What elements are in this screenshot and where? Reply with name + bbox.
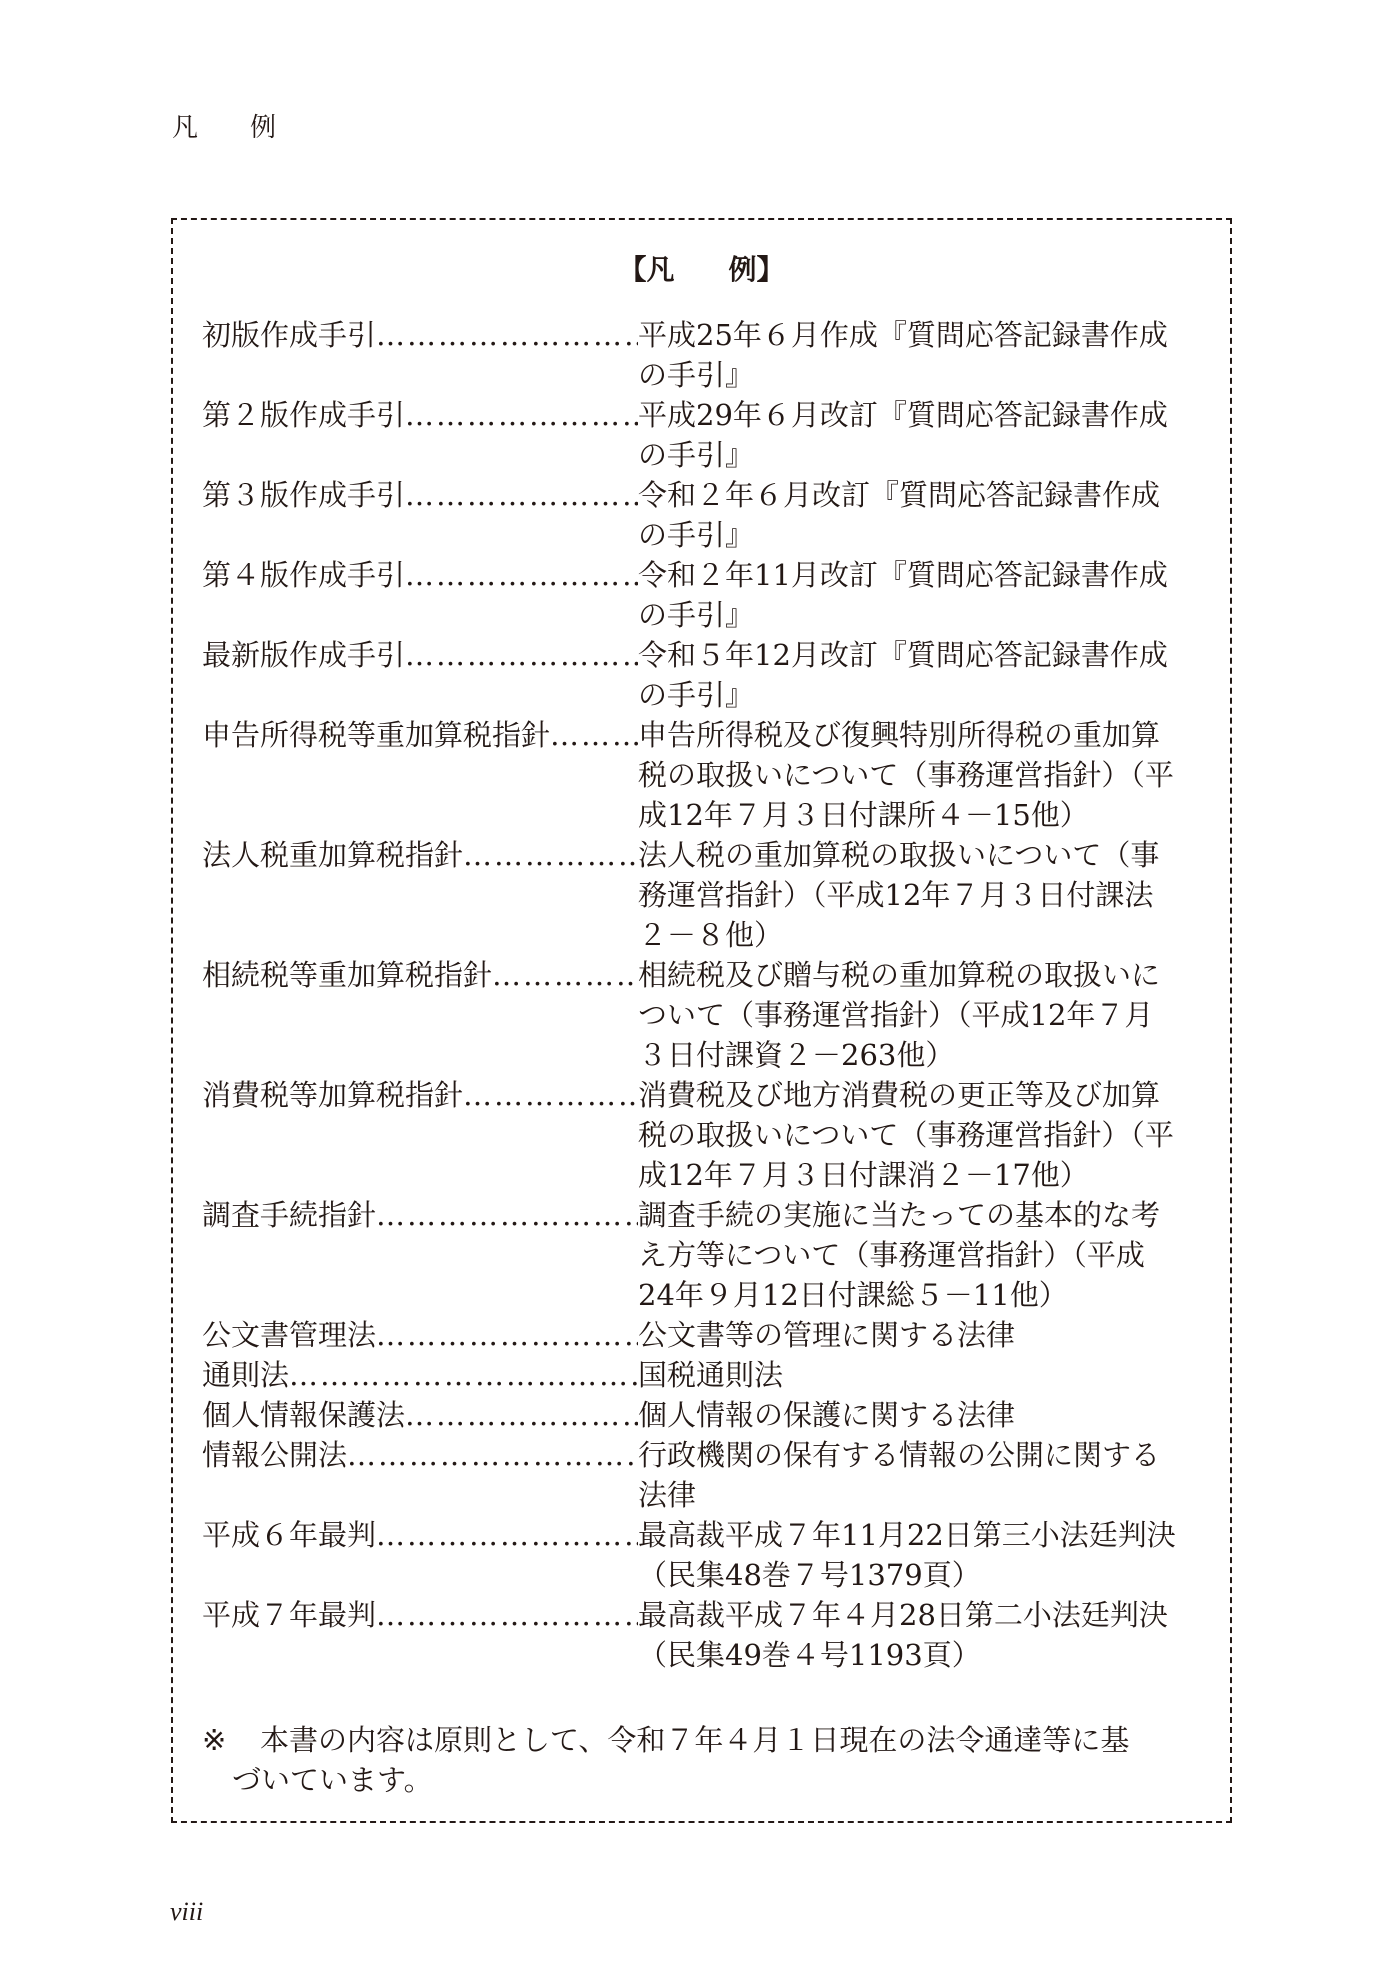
legend-entries: 初版作成手引…………………………………………………………… 平成25年６月作成『… [202, 315, 1212, 1675]
entry-definition: 平成25年６月作成『質問応答記録書作成 の手引』 [638, 315, 1212, 395]
legend-entry: 相続税等重加算税指針…………………………………………………………… 相続税及び贈… [202, 955, 1212, 1075]
entry-definition: 最高裁平成７年４月28日第二小法廷判決 （民集49巻４号1193頁） [638, 1595, 1212, 1675]
entry-definition: 平成29年６月改訂『質問応答記録書作成 の手引』 [638, 395, 1212, 475]
definition-line: 成12年７月３日付課所４－15他） [638, 795, 1212, 835]
entry-definition: 最高裁平成７年11月22日第三小法廷判決 （民集48巻７号1379頁） [638, 1515, 1212, 1595]
dotted-leader: …………………………………………………………… [347, 1435, 638, 1475]
definition-line: 平成29年６月改訂『質問応答記録書作成 [638, 395, 1212, 435]
definition-line: 消費税及び地方消費税の更正等及び加算 [638, 1075, 1212, 1115]
definition-line: 成12年７月３日付課消２－17他） [638, 1155, 1212, 1195]
definition-line: 法律 [638, 1475, 1212, 1515]
entry-term: 法人税重加算税指針 [202, 835, 463, 875]
definition-line: 相続税及び贈与税の重加算税の取扱いに [638, 955, 1212, 995]
definition-line: の手引』 [638, 355, 1212, 395]
legend-entry: 通則法…………………………………………………………… 国税通則法 [202, 1355, 1212, 1395]
entry-definition: 令和５年12月改訂『質問応答記録書作成 の手引』 [638, 635, 1212, 715]
legend-entry: 消費税等加算税指針…………………………………………………………… 消費税及び地方… [202, 1075, 1212, 1195]
entry-definition: 消費税及び地方消費税の更正等及び加算 税の取扱いについて（事務運営指針）（平 成… [638, 1075, 1212, 1195]
dotted-leader: …………………………………………………………… [463, 835, 638, 875]
entry-definition: 調査手続の実施に当たっての基本的な考 え方等について（事務運営指針）（平成 24… [638, 1195, 1212, 1315]
dotted-leader: …………………………………………………………… [376, 1195, 638, 1235]
entry-definition: 令和２年11月改訂『質問応答記録書作成 の手引』 [638, 555, 1212, 635]
legend-entry: 平成６年最判…………………………………………………………… 最高裁平成７年11月… [202, 1515, 1212, 1595]
entry-term: 相続税等重加算税指針 [202, 955, 492, 995]
dotted-leader: …………………………………………………………… [405, 395, 638, 435]
entry-term: 個人情報保護法 [202, 1395, 405, 1435]
entry-term: 申告所得税等重加算税指針 [202, 715, 550, 755]
definition-line: の手引』 [638, 675, 1212, 715]
definition-line: 国税通則法 [638, 1355, 1212, 1395]
title-open: 【凡 [618, 253, 674, 286]
dotted-leader: …………………………………………………………… [376, 1515, 638, 1555]
entry-term: 第２版作成手引 [202, 395, 405, 435]
dotted-leader: …………………………………………………………… [463, 1075, 638, 1115]
entry-definition: 個人情報の保護に関する法律 [638, 1395, 1212, 1435]
definition-line: 最高裁平成７年11月22日第三小法廷判決 [638, 1515, 1212, 1555]
legend-entry: 調査手続指針…………………………………………………………… 調査手続の実施に当た… [202, 1195, 1212, 1315]
definition-line: 24年９月12日付課総５－11他） [638, 1275, 1212, 1315]
definition-line: 令和２年６月改訂『質問応答記録書作成 [638, 475, 1212, 515]
entry-definition: 相続税及び贈与税の重加算税の取扱いに ついて（事務運営指針）（平成12年７月 ３… [638, 955, 1212, 1075]
definition-line: 税の取扱いについて（事務運営指針）（平 [638, 1115, 1212, 1155]
dotted-leader: …………………………………………………………… [376, 1595, 638, 1635]
running-head-left: 凡 [172, 113, 198, 143]
legend-entry: 平成７年最判…………………………………………………………… 最高裁平成７年４月2… [202, 1595, 1212, 1675]
entry-term: 通則法 [202, 1355, 289, 1395]
page-number: viii [170, 1896, 203, 1928]
legend-entry: 最新版作成手引…………………………………………………………… 令和５年12月改訂… [202, 635, 1212, 715]
definition-line: え方等について（事務運営指針）（平成 [638, 1235, 1212, 1275]
legend-entry: 公文書管理法…………………………………………………………… 公文書等の管理に関す… [202, 1315, 1212, 1355]
legend-entry: 第４版作成手引…………………………………………………………… 令和２年11月改訂… [202, 555, 1212, 635]
legend-entry: 法人税重加算税指針…………………………………………………………… 法人税の重加算… [202, 835, 1212, 955]
definition-line: 法人税の重加算税の取扱いについて（事 [638, 835, 1212, 875]
definition-line: 行政機関の保有する情報の公開に関する [638, 1435, 1212, 1475]
entry-term: 公文書管理法 [202, 1315, 376, 1355]
definition-line: 調査手続の実施に当たっての基本的な考 [638, 1195, 1212, 1235]
definition-line: の手引』 [638, 515, 1212, 555]
definition-line: 税の取扱いについて（事務運営指針）（平 [638, 755, 1212, 795]
legend-entry: 第２版作成手引…………………………………………………………… 平成29年６月改訂… [202, 395, 1212, 475]
entry-definition: 申告所得税及び復興特別所得税の重加算 税の取扱いについて（事務運営指針）（平 成… [638, 715, 1212, 835]
entry-term: 平成７年最判 [202, 1595, 376, 1635]
definition-line: の手引』 [638, 595, 1212, 635]
entry-term: 消費税等加算税指針 [202, 1075, 463, 1115]
dotted-leader: …………………………………………………………… [376, 1315, 638, 1355]
dotted-leader: …………………………………………………………… [405, 555, 638, 595]
entry-definition: 国税通則法 [638, 1355, 1212, 1395]
entry-definition: 行政機関の保有する情報の公開に関する 法律 [638, 1435, 1212, 1515]
entry-term: 平成６年最判 [202, 1515, 376, 1555]
definition-line: （民集48巻７号1379頁） [638, 1555, 1212, 1595]
dotted-leader: …………………………………………………………… [376, 315, 638, 355]
definition-line: 最高裁平成７年４月28日第二小法廷判決 [638, 1595, 1212, 1635]
entry-term: 情報公開法 [202, 1435, 347, 1475]
entry-definition: 公文書等の管理に関する法律 [638, 1315, 1212, 1355]
dotted-leader: …………………………………………………………… [492, 955, 638, 995]
dotted-leader: …………………………………………………………… [405, 475, 638, 515]
entry-term: 最新版作成手引 [202, 635, 405, 675]
entry-term: 第４版作成手引 [202, 555, 405, 595]
entry-definition: 法人税の重加算税の取扱いについて（事 務運営指針）（平成12年７月３日付課法 ２… [638, 835, 1212, 955]
legend-entry: 申告所得税等重加算税指針…………………………………………………………… 申告所得… [202, 715, 1212, 835]
running-head: 凡例 [172, 110, 276, 146]
definition-line: 平成25年６月作成『質問応答記録書作成 [638, 315, 1212, 355]
reference-mark-icon: ※ [202, 1720, 260, 1760]
dotted-leader: …………………………………………………………… [289, 1355, 638, 1395]
legend-entry: 個人情報保護法…………………………………………………………… 個人情報の保護に関… [202, 1395, 1212, 1435]
title-close: 例】 [729, 253, 785, 286]
footnote: ※本書の内容は原則として、令和７年４月１日現在の法令通達等に基 づいています。 [202, 1720, 1212, 1800]
footnote-line-2: づいています。 [202, 1760, 1212, 1800]
definition-line: （民集49巻４号1193頁） [638, 1635, 1212, 1675]
definition-line: 令和２年11月改訂『質問応答記録書作成 [638, 555, 1212, 595]
definition-line: ついて（事務運営指針）（平成12年７月 [638, 995, 1212, 1035]
entry-term: 第３版作成手引 [202, 475, 405, 515]
definition-line: 申告所得税及び復興特別所得税の重加算 [638, 715, 1212, 755]
legend-entry: 情報公開法…………………………………………………………… 行政機関の保有する情報… [202, 1435, 1212, 1515]
definition-line: の手引』 [638, 435, 1212, 475]
definition-line: 個人情報の保護に関する法律 [638, 1395, 1212, 1435]
running-head-right: 例 [250, 113, 276, 143]
entry-term: 調査手続指針 [202, 1195, 376, 1235]
definition-line: 令和５年12月改訂『質問応答記録書作成 [638, 635, 1212, 675]
definition-line: 務運営指針）（平成12年７月３日付課法 [638, 875, 1212, 915]
legend-entry: 第３版作成手引…………………………………………………………… 令和２年６月改訂『… [202, 475, 1212, 555]
legend-box-title: 【凡例】 [171, 252, 1232, 288]
footnote-line-1: 本書の内容は原則として、令和７年４月１日現在の法令通達等に基 [260, 1723, 1129, 1757]
definition-line: ３日付課資２－263他） [638, 1035, 1212, 1075]
definition-line: ２－８他） [638, 915, 1212, 955]
legend-entry: 初版作成手引…………………………………………………………… 平成25年６月作成『… [202, 315, 1212, 395]
entry-definition: 令和２年６月改訂『質問応答記録書作成 の手引』 [638, 475, 1212, 555]
dotted-leader: …………………………………………………………… [550, 715, 638, 755]
entry-term: 初版作成手引 [202, 315, 376, 355]
dotted-leader: …………………………………………………………… [405, 635, 638, 675]
definition-line: 公文書等の管理に関する法律 [638, 1315, 1212, 1355]
dotted-leader: …………………………………………………………… [405, 1395, 638, 1435]
